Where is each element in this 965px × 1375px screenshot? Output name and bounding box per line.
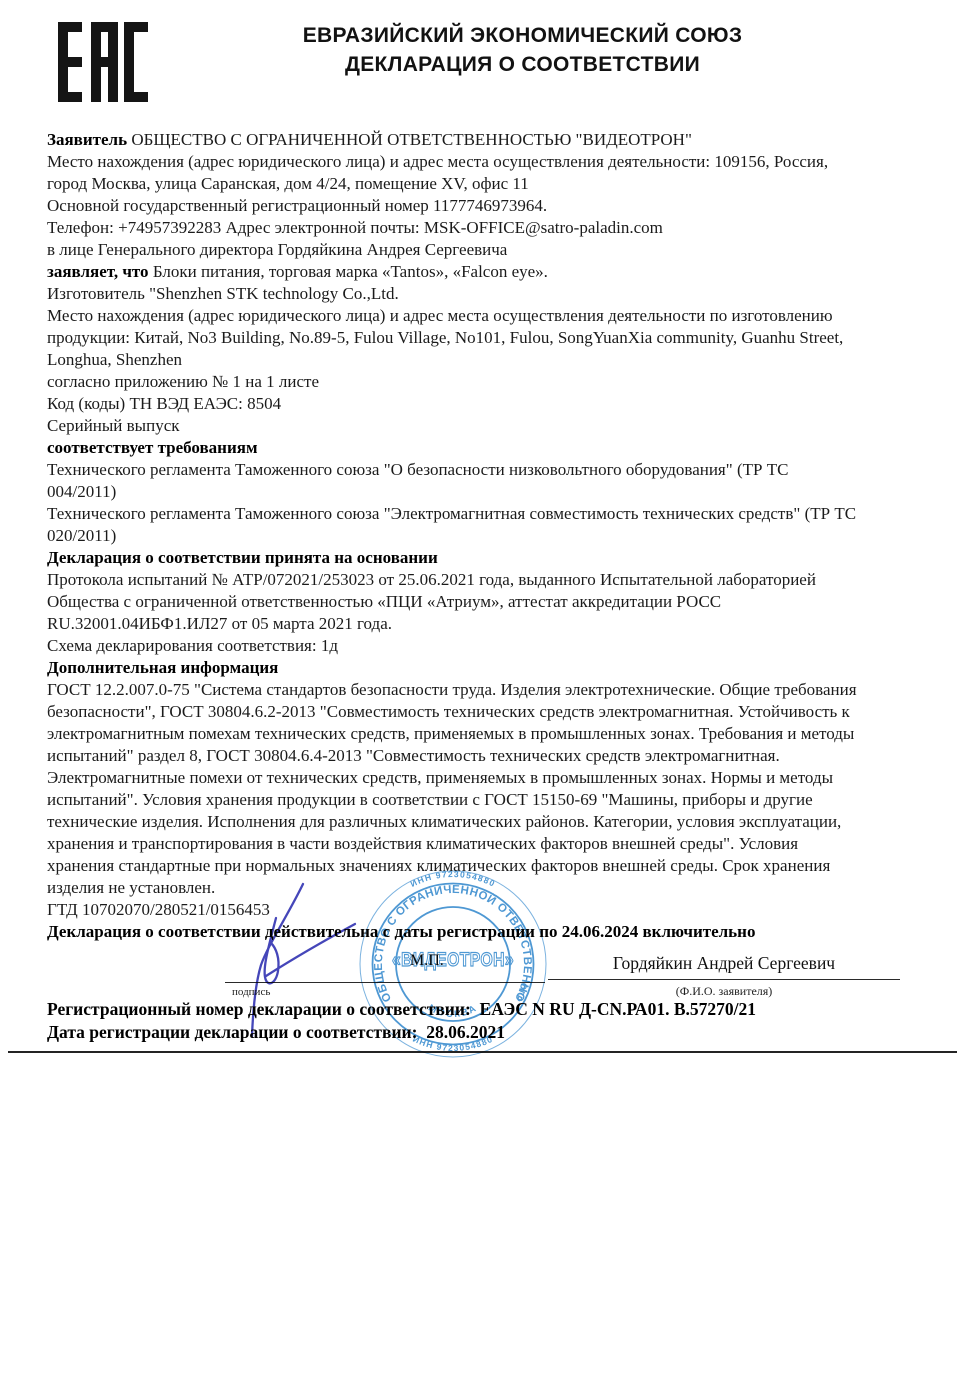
body-line: ГОСТ 12.2.007.0-75 "Система стандартов б… bbox=[47, 679, 952, 701]
body-line: Протокола испытаний № АТР/072021/253023 … bbox=[47, 569, 952, 591]
body-line: электромагнитным помехам технических сре… bbox=[47, 723, 952, 745]
body-line: испытаний" раздел 8, ГОСТ 30804.6.4-2013… bbox=[47, 745, 952, 767]
fio-caption: (Ф.И.О. заявителя) bbox=[548, 984, 900, 999]
body-line: Longhua, Shenzhen bbox=[47, 349, 952, 371]
body-line: соответствует требованиям bbox=[47, 437, 952, 459]
body-line: Схема декларирования соответствия: 1д bbox=[47, 635, 952, 657]
body-line: испытаний". Условия хранения продукции в… bbox=[47, 789, 952, 811]
body-line: Технического регламента Таможенного союз… bbox=[47, 503, 952, 525]
body-line: Изготовитель "Shenzhen STK technology Co… bbox=[47, 283, 952, 305]
body-line: заявляет, что Блоки питания, торговая ма… bbox=[47, 261, 952, 283]
union-title: ЕВРАЗИЙСКИЙ ЭКОНОМИЧЕСКИЙ СОЮЗ bbox=[90, 21, 955, 50]
company-stamp: ОБЩЕСТВО С ОГРАНИЧЕННОЙ ОТВЕТСТВЕННОСТЬЮ… bbox=[353, 864, 553, 1064]
body-line: хранения и транспортирования в части воз… bbox=[47, 833, 952, 855]
body-line: Код (коды) ТН ВЭД ЕАЭС: 8504 bbox=[47, 393, 952, 415]
body-line: Место нахождения (адрес юридического лиц… bbox=[47, 305, 952, 327]
body-line: Технического регламента Таможенного союз… bbox=[47, 459, 952, 481]
body-line: продукции: Китай, No3 Building, No.89-5,… bbox=[47, 327, 952, 349]
body-line: Дополнительная информация bbox=[47, 657, 952, 679]
body-line: Электромагнитные помехи от технических с… bbox=[47, 767, 952, 789]
body-line: RU.32001.04ИБФ1.ИЛ27 от 05 марта 2021 го… bbox=[47, 613, 952, 635]
body-line: 020/2011) bbox=[47, 525, 952, 547]
fio-line bbox=[548, 979, 900, 980]
body-line: в лице Генерального директора Гордяйкина… bbox=[47, 239, 952, 261]
body-line: Общества с ограниченной ответственностью… bbox=[47, 591, 952, 613]
handwritten-signature bbox=[215, 865, 375, 1045]
body-line: безопасности", ГОСТ 30804.6.2-2013 "Совм… bbox=[47, 701, 952, 723]
body-line: город Москва, улица Саранская, дом 4/24,… bbox=[47, 173, 952, 195]
body-line: Серийный выпуск bbox=[47, 415, 952, 437]
body-line: Телефон: +74957392283 Адрес электронной … bbox=[47, 217, 952, 239]
body-line: Основной государственный регистрационный… bbox=[47, 195, 952, 217]
body-line: Декларация о соответствии принята на осн… bbox=[47, 547, 952, 569]
body-line: Место нахождения (адрес юридического лиц… bbox=[47, 151, 952, 173]
stamp-center-text: «ВИДЕОТРОН» bbox=[392, 950, 514, 971]
document-header: ЕВРАЗИЙСКИЙ ЭКОНОМИЧЕСКИЙ СОЮЗ ДЕКЛАРАЦИ… bbox=[90, 21, 955, 79]
document-body: Заявитель ОБЩЕСТВО С ОГРАНИЧЕННОЙ ОТВЕТС… bbox=[47, 129, 952, 943]
body-line: согласно приложению № 1 на 1 листе bbox=[47, 371, 952, 393]
declaration-page: ЕВРАЗИЙСКИЙ ЭКОНОМИЧЕСКИЙ СОЮЗ ДЕКЛАРАЦИ… bbox=[0, 0, 965, 1375]
body-line: технические изделия. Исполнения для разл… bbox=[47, 811, 952, 833]
body-line: 004/2011) bbox=[47, 481, 952, 503]
applicant-name: Гордяйкин Андрей Сергеевич bbox=[548, 953, 900, 974]
body-line: Заявитель ОБЩЕСТВО С ОГРАНИЧЕННОЙ ОТВЕТС… bbox=[47, 129, 952, 151]
document-title: ДЕКЛАРАЦИЯ О СООТВЕТСТВИИ bbox=[90, 50, 955, 79]
stamp-inn-bottom-text: ИНН 9723054880 bbox=[411, 1034, 494, 1053]
